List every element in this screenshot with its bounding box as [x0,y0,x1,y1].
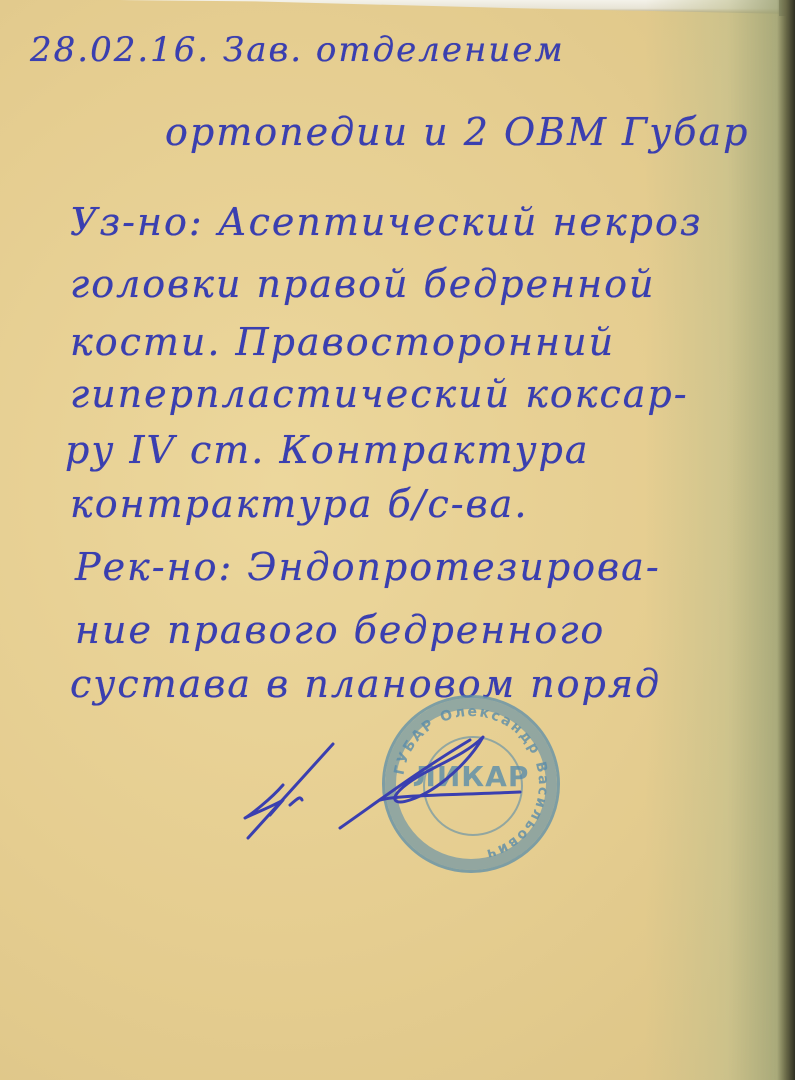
line-recommendation-2: ние правого бедренного [75,608,605,652]
line-diagnosis-1: Уз-но: Асептический некроз [70,200,703,244]
line-diagnosis-4: гиперпластический коксар- [70,372,689,416]
stamp-center-text: ЛИКАР [385,760,557,793]
line-diagnosis-2: головки правой бедренной [70,262,656,306]
line-diagnosis-5: ру IV ст. Контрактура [65,428,590,472]
line-recommendation-3: сустава в плановом поряд [70,662,661,706]
binding-shadow [645,0,795,1080]
line-diagnosis-3: кости. Правосторонний [70,320,615,364]
line-diagnosis-6: контрактура б/с-ва. [70,482,528,526]
doctor-stamp: ГУБАР Олександр Васильович ЛИКАР [382,695,560,873]
line-recommendation-1: Рек-но: Эндопротезирова- [75,545,661,589]
line-date-header: 28.02.16. Зав. отделением [30,30,565,70]
line-department: ортопедии и 2 ОВМ Губар [165,110,749,154]
